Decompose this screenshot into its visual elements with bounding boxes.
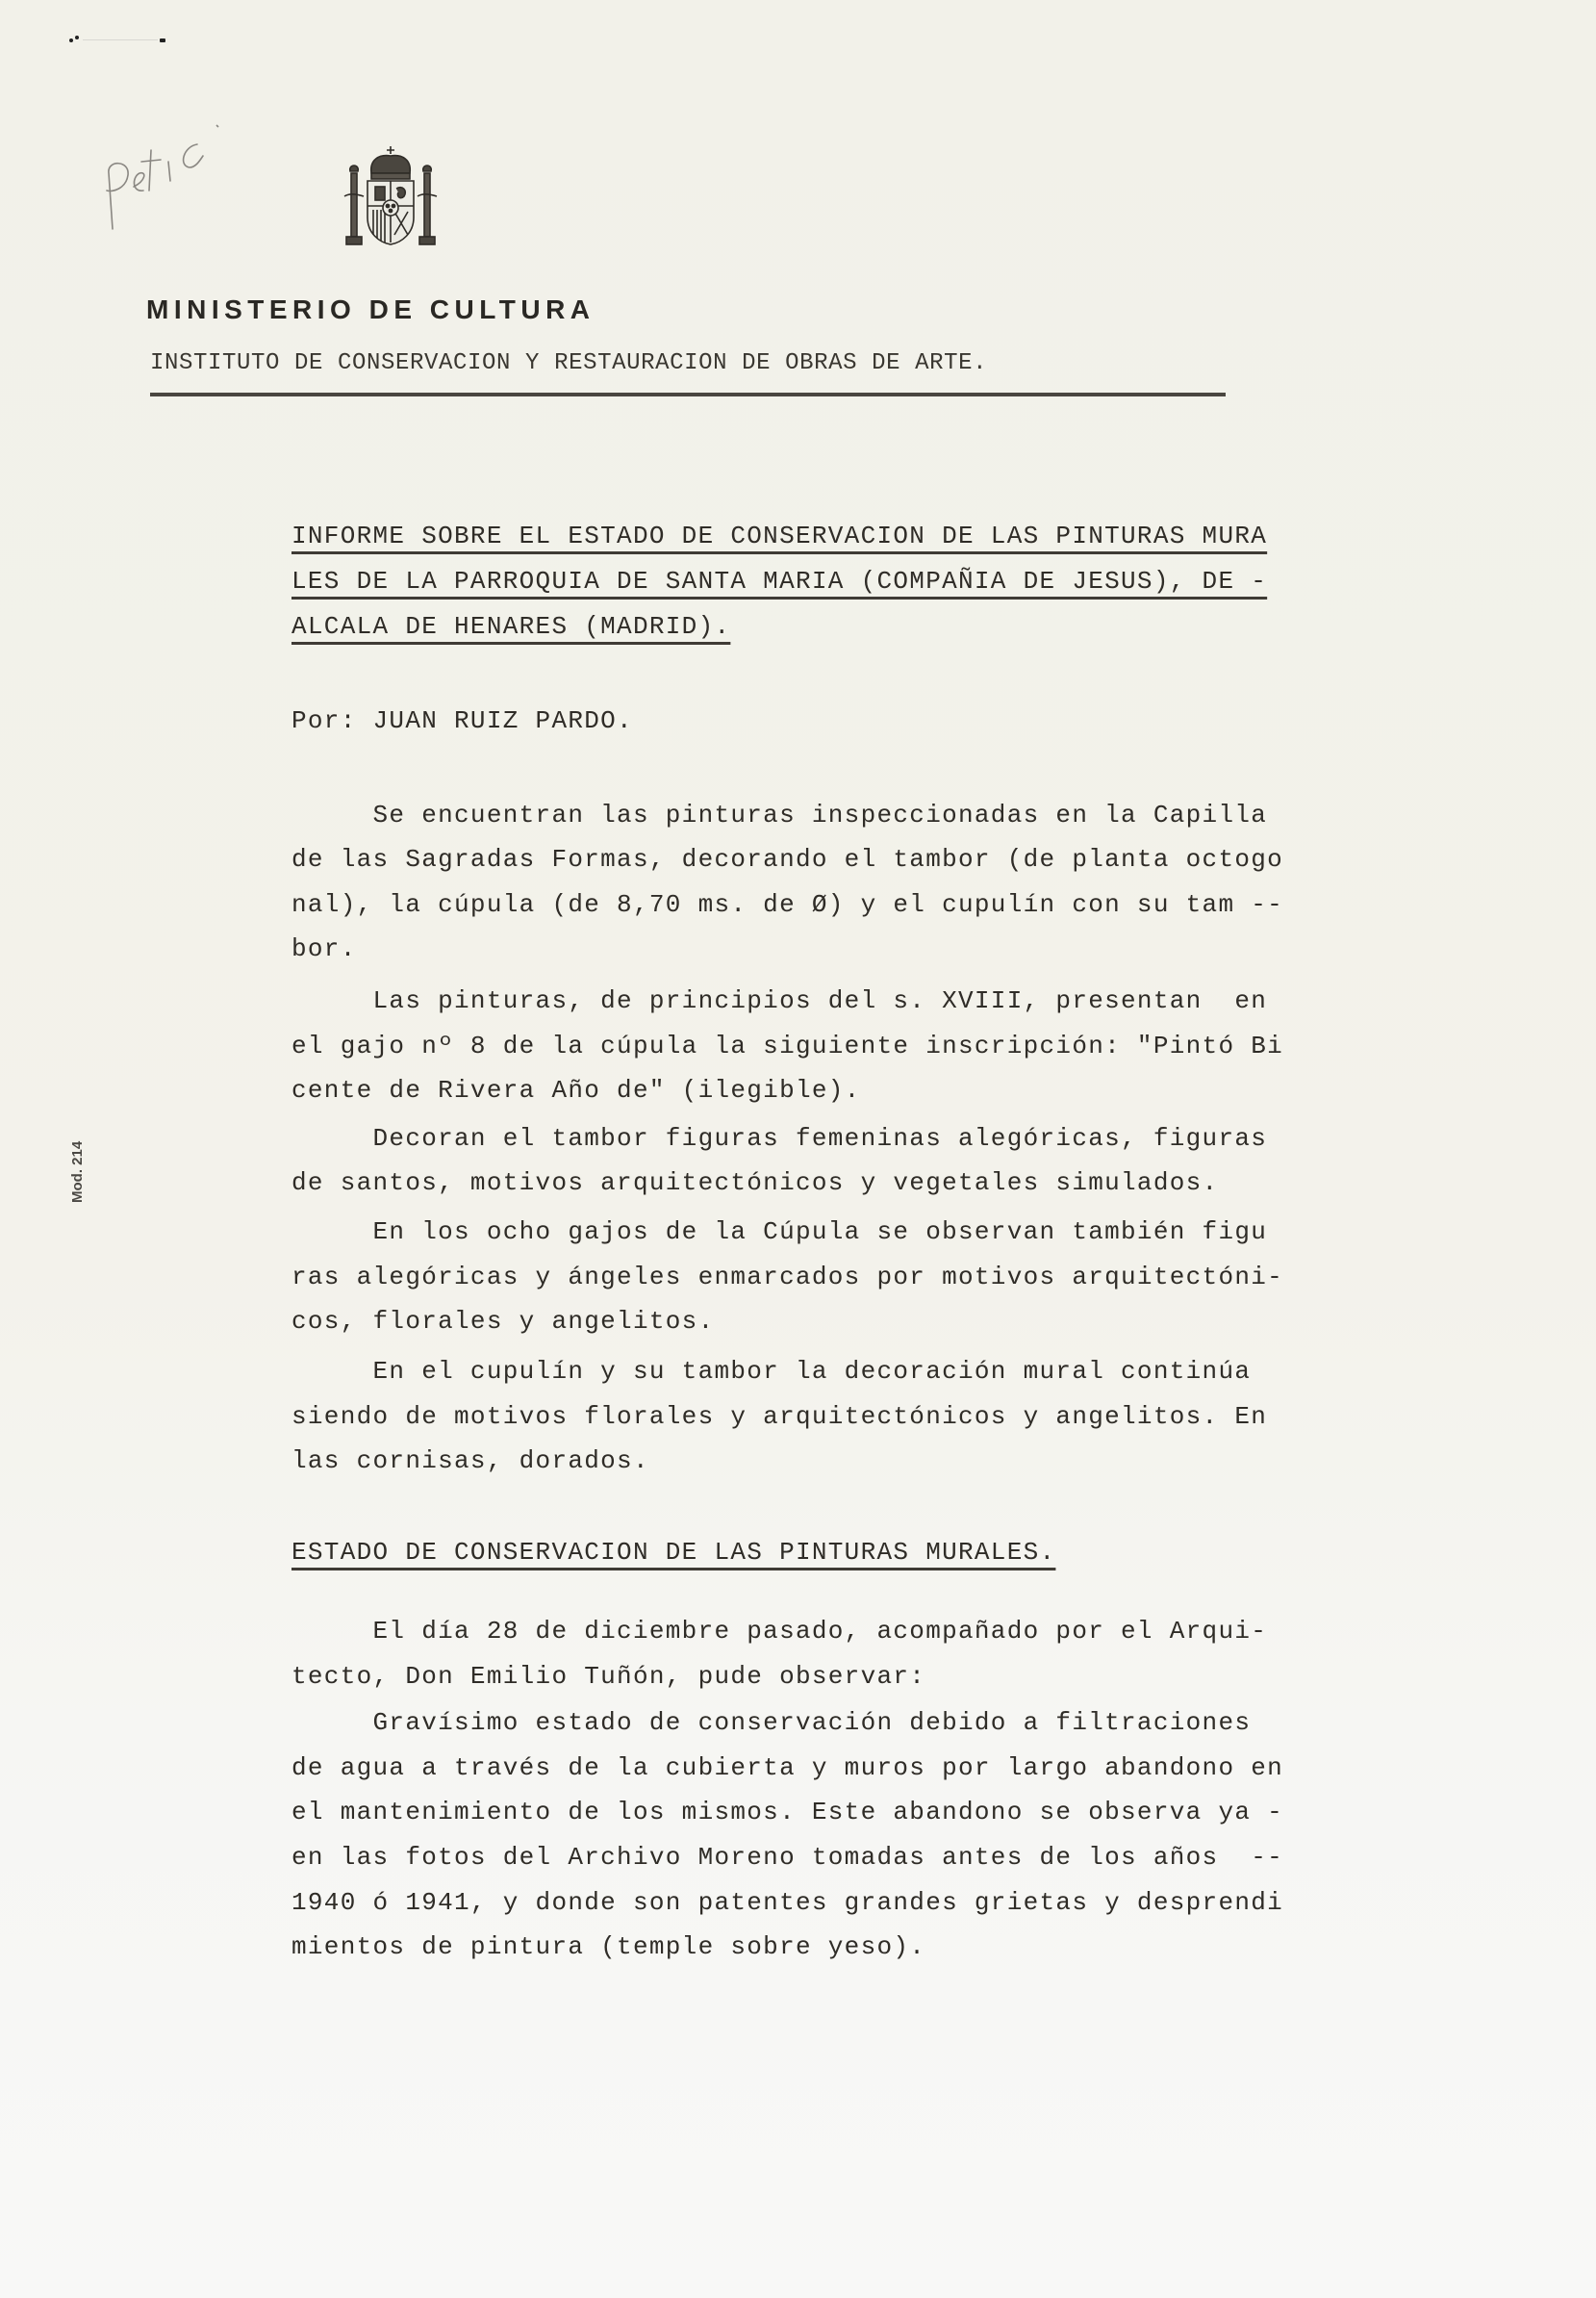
paragraph-line: el mantenimiento de los mismos. Este aba… (291, 1798, 1283, 1826)
handwritten-note: Petic (91, 106, 265, 241)
report-title-line-3: ALCALA DE HENARES (MADRID). (291, 612, 730, 641)
paragraph-line: ras alegóricas y ángeles enmarcados por … (291, 1263, 1283, 1291)
institute-name: INSTITUTO DE CONSERVACION Y RESTAURACION… (150, 350, 987, 376)
paragraph-line: el gajo nº 8 de la cúpula la siguiente i… (291, 1032, 1283, 1060)
paragraph-line: Gravísimo estado de conservación debido … (291, 1708, 1251, 1737)
paragraph-line: nal), la cúpula (de 8,70 ms. de Ø) y el … (291, 890, 1283, 919)
paragraph-line: El día 28 de diciembre pasado, acompañad… (291, 1617, 1267, 1646)
spanish-coat-of-arms-icon (337, 142, 444, 250)
paragraph-line: de santos, motivos arquitectónicos y veg… (291, 1168, 1218, 1197)
paragraph-line: 1940 ó 1941, y donde son patentes grande… (291, 1888, 1283, 1917)
ministry-name: MINISTERIO DE CULTURA (146, 294, 595, 325)
punch-marks (69, 35, 165, 44)
author-line: Por: JUAN RUIZ PARDO. (291, 706, 633, 735)
paragraph-line: cente de Rivera Año de" (ilegible). (291, 1076, 861, 1105)
paragraph-line: tecto, Don Emilio Tuñón, pude observar: (291, 1662, 925, 1691)
paragraph-line: bor. (291, 934, 357, 963)
paragraph-line: mientos de pintura (temple sobre yeso). (291, 1932, 925, 1961)
letterhead-divider (150, 393, 1226, 396)
paragraph-line: En los ocho gajos de la Cúpula se observ… (291, 1217, 1267, 1246)
paragraph-line: siendo de motivos florales y arquitectón… (291, 1402, 1267, 1431)
paragraph-line: de las Sagradas Formas, decorando el tam… (291, 845, 1283, 874)
paragraph-line: cos, florales y angelitos. (291, 1307, 714, 1336)
paragraph-line: Se encuentran las pinturas inspeccionada… (291, 801, 1267, 830)
paragraph-line: de agua a través de la cubierta y muros … (291, 1753, 1283, 1782)
report-title-line-1: INFORME SOBRE EL ESTADO DE CONSERVACION … (291, 522, 1267, 550)
report-title-line-2: LES DE LA PARROQUIA DE SANTA MARIA (COMP… (291, 567, 1267, 596)
section-heading: ESTADO DE CONSERVACION DE LAS PINTURAS M… (291, 1538, 1055, 1567)
paragraph-line: las cornisas, dorados. (291, 1446, 649, 1475)
paragraph-line: Las pinturas, de principios del s. XVIII… (291, 986, 1267, 1015)
paragraph-line: en las fotos del Archivo Moreno tomadas … (291, 1843, 1283, 1872)
form-number: Mod. 214 (69, 1141, 86, 1203)
paragraph-line: En el cupulín y su tambor la decoración … (291, 1357, 1251, 1386)
paragraph-line: Decoran el tambor figuras femeninas aleg… (291, 1124, 1267, 1153)
